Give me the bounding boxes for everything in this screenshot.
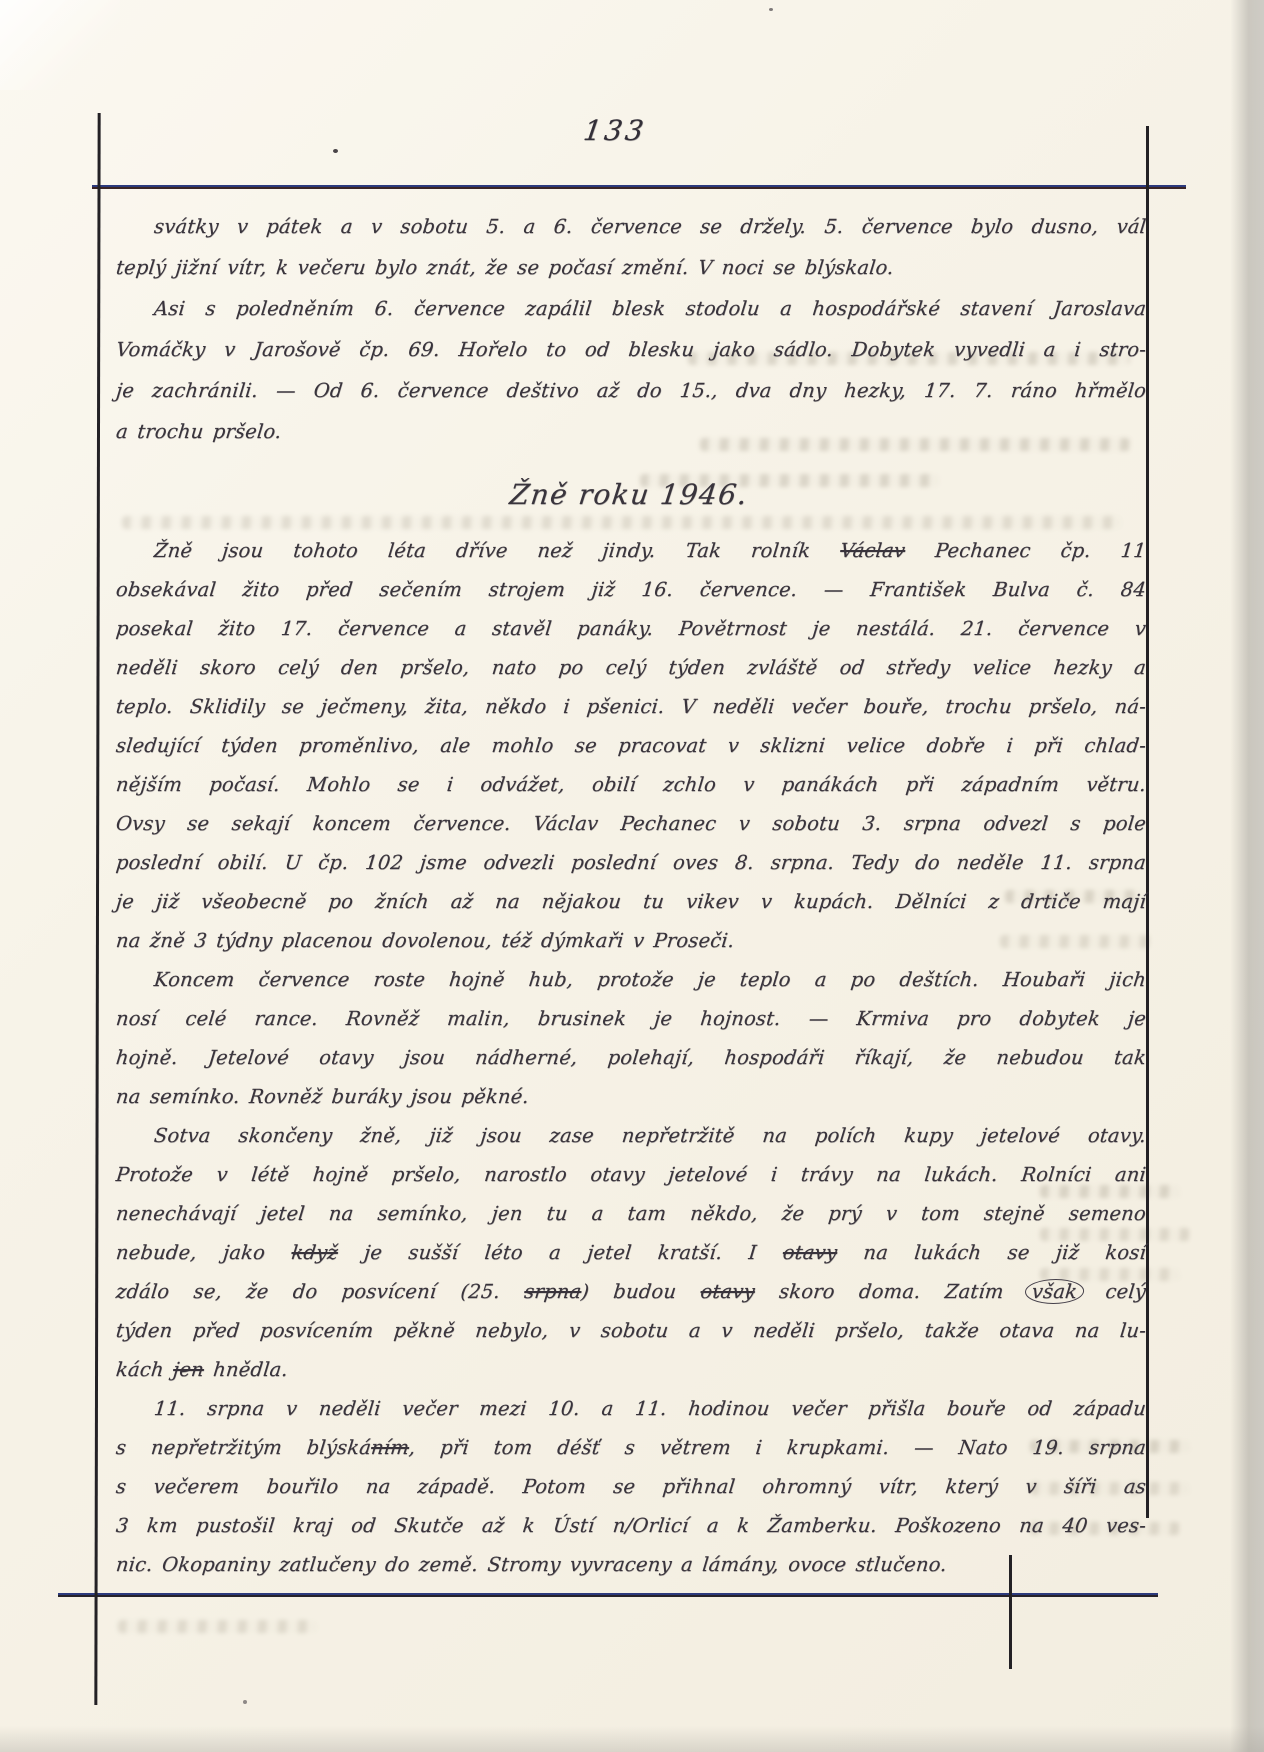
text-segment: Pechanec čp. 11 [904,539,1147,562]
manuscript-line: svátky v pátek a v sobotu 5. a 6. červen… [114,206,1148,247]
text-segment: , při tom déšť s větrem i krupkami. — Na… [408,1436,1147,1459]
text-segment: nic. Okopaniny zatlučeny do země. Stromy… [115,1553,948,1576]
manuscript-line: teplo. Sklidily se ječmeny, žita, někdo … [114,687,1148,726]
text-segment: neděli skoro celý den pršelo, nato po ce… [115,656,1147,679]
struck-word: jen [172,1358,205,1381]
text-segment: Protože v létě hojně pršelo, narostlo ot… [115,1163,1147,1186]
struck-word: ním [370,1436,410,1459]
manuscript-line: Ovsy se sekají koncem července. Václav P… [114,804,1148,843]
manuscript-line: nosí celé rance. Rovněž malin, brusinek … [114,999,1148,1038]
text-segment: Ovsy se sekají koncem července. Václav P… [115,812,1147,835]
text-segment: s večerem bouřilo na západě. Potom se př… [115,1475,1147,1498]
section-heading: Žně roku 1946. [112,478,1146,511]
text-segment: na žně 3 týdny placenou dovolenou, též d… [115,929,736,952]
text-segment: týden před posvícením pěkně nebylo, v so… [115,1319,1147,1342]
text-segment: 3 km pustošil kraj od Skutče až k Ústí n… [115,1514,1147,1537]
struck-word: Václav [839,539,906,562]
manuscript-line: s nepřetržitým blýskáním, při tom déšť s… [114,1428,1148,1467]
text-segment: na semínko. Rovněž buráky jsou pěkné. [115,1085,530,1108]
lines-after-heading: Žně jsou tohoto léta dříve než jindy. Ta… [114,531,1144,1584]
manuscript-line: Asi s poledněním 6. července zapálil ble… [114,288,1148,329]
text-segment: a trochu pršelo. [115,420,283,443]
ink-speck [243,1700,247,1704]
bottom-rule [58,1593,1158,1597]
text-segment: skoro doma. Zatím [754,1280,1030,1303]
text-segment: teplý jižní vítr, k večeru bylo znát, že… [115,256,895,279]
scan-edge-shadow [1230,0,1264,1752]
manuscript-line: obsekával žito před sečením strojem již … [114,570,1148,609]
lines-before-heading: svátky v pátek a v sobotu 5. a 6. červen… [114,206,1144,452]
text-segment: Žně jsou tohoto léta dříve než jindy. Ta… [153,539,842,562]
struck-word: když [290,1241,339,1264]
text-segment: nosí celé rance. Rovněž malin, brusinek … [115,1007,1147,1030]
ink-speck [769,8,773,11]
text-segment: poslední obilí. U čp. 102 jsme odvezli p… [115,851,1147,874]
struck-word: otavy [782,1241,839,1264]
top-rule [92,185,1186,189]
manuscript-line: Koncem července roste hojně hub, protože… [114,960,1148,999]
text-segment: Vomáčky v Jarošově čp. 69. Hořelo to od … [115,338,1147,361]
text-segment: hnědla. [203,1358,289,1381]
text-segment: celý [1080,1280,1147,1303]
text-segment: obsekával žito před sečením strojem již … [115,578,1147,601]
manuscript-line: zdálo se, že do posvícení (25. srpna) bu… [114,1272,1148,1311]
text-segment: na lukách se již kosí [836,1241,1147,1264]
scanned-page: 133 svátky v pátek a v sobotu 5. a 6. če… [0,0,1264,1752]
manuscript-line: poslední obilí. U čp. 102 jsme odvezli p… [114,843,1148,882]
text-segment: je zachránili. — Od 6. července deštivo … [115,379,1147,402]
left-margin-rule [94,113,100,1705]
text-segment: posekal žito 17. července a stavěl panák… [115,617,1147,640]
manuscript-line: na semínko. Rovněž buráky jsou pěkné. [114,1077,1148,1116]
manuscript-line: neděli skoro celý den pršelo, nato po ce… [114,648,1148,687]
text-segment: ) budou [580,1280,702,1303]
circled-word: však [1024,1279,1086,1304]
scan-bottom-shadow [0,1726,1264,1752]
manuscript-line: a trochu pršelo. [114,411,1148,452]
text-segment: kách [115,1358,175,1381]
manuscript-line: Vomáčky v Jarošově čp. 69. Hořelo to od … [114,329,1148,370]
manuscript-line: 11. srpna v neděli večer mezi 10. a 11. … [114,1389,1148,1428]
text-segment: zdálo se, že do posvícení (25. [115,1280,526,1303]
manuscript-line: nenechávají jetel na semínko, jen tu a t… [114,1194,1148,1233]
manuscript-line: Sotva skončeny žně, již jsou zase nepřet… [114,1116,1148,1155]
text-segment: hojně. Jetelové otavy jsou nádherné, pol… [115,1046,1147,1069]
text-segment: Asi s poledněním 6. července zapálil ble… [153,297,1147,320]
manuscript-line: týden před posvícením pěkně nebylo, v so… [114,1311,1148,1350]
manuscript-line: nebude, jako když je sušší léto a jetel … [114,1233,1148,1272]
manuscript-line: hojně. Jetelové otavy jsou nádherné, pol… [114,1038,1148,1077]
manuscript-line: je již všeobecně po žních až na nějakou … [114,882,1148,921]
text-segment: nenechávají jetel na semínko, jen tu a t… [115,1202,1147,1225]
text-segment: sledující týden proměnlivo, ale mohlo se… [115,734,1147,757]
text-segment: 11. srpna v neděli večer mezi 10. a 11. … [153,1397,1147,1420]
manuscript-line: je zachránili. — Od 6. července deštivo … [114,370,1148,411]
manuscript-line: Protože v létě hojně pršelo, narostlo ot… [114,1155,1148,1194]
text-segment: je sušší léto a jetel kratší. I [337,1241,784,1264]
text-segment: s nepřetržitým blýská [115,1436,373,1459]
manuscript-line: na žně 3 týdny placenou dovolenou, též d… [114,921,1148,960]
text-segment: je již všeobecně po žních až na nějakou … [115,890,1147,913]
text-segment: Koncem července roste hojně hub, protože… [153,968,1147,991]
manuscript-line: sledující týden proměnlivo, ale mohlo se… [114,726,1148,765]
bleedthrough-mark [118,1620,318,1633]
text-segment: svátky v pátek a v sobotu 5. a 6. červen… [153,215,1147,238]
manuscript-line: Žně jsou tohoto léta dříve než jindy. Ta… [114,531,1148,570]
text-segment: teplo. Sklidily se ječmeny, žita, někdo … [115,695,1147,718]
struck-word: srpna [523,1280,582,1303]
scan-corner-highlight [0,0,120,90]
text-segment: Sotva skončeny žně, již jsou zase nepřet… [153,1124,1147,1147]
manuscript-line: kách jen hnědla. [114,1350,1148,1389]
ink-speck [333,149,338,153]
manuscript-line: nějším počasí. Mohlo se i odvážet, obilí… [114,765,1148,804]
page-number: 133 [0,114,1232,147]
manuscript-line: s večerem bouřilo na západě. Potom se př… [114,1467,1148,1506]
text-segment: nebude, jako [115,1241,293,1264]
manuscript-text: svátky v pátek a v sobotu 5. a 6. červen… [114,206,1144,1584]
manuscript-line: nic. Okopaniny zatlučeny do země. Stromy… [114,1545,1148,1584]
text-segment: nějším počasí. Mohlo se i odvážet, obilí… [115,773,1147,796]
manuscript-line: 3 km pustošil kraj od Skutče až k Ústí n… [114,1506,1148,1545]
manuscript-line: posekal žito 17. července a stavěl panák… [114,609,1148,648]
struck-word: otavy [699,1280,756,1303]
manuscript-line: teplý jižní vítr, k večeru bylo znát, že… [114,247,1148,288]
